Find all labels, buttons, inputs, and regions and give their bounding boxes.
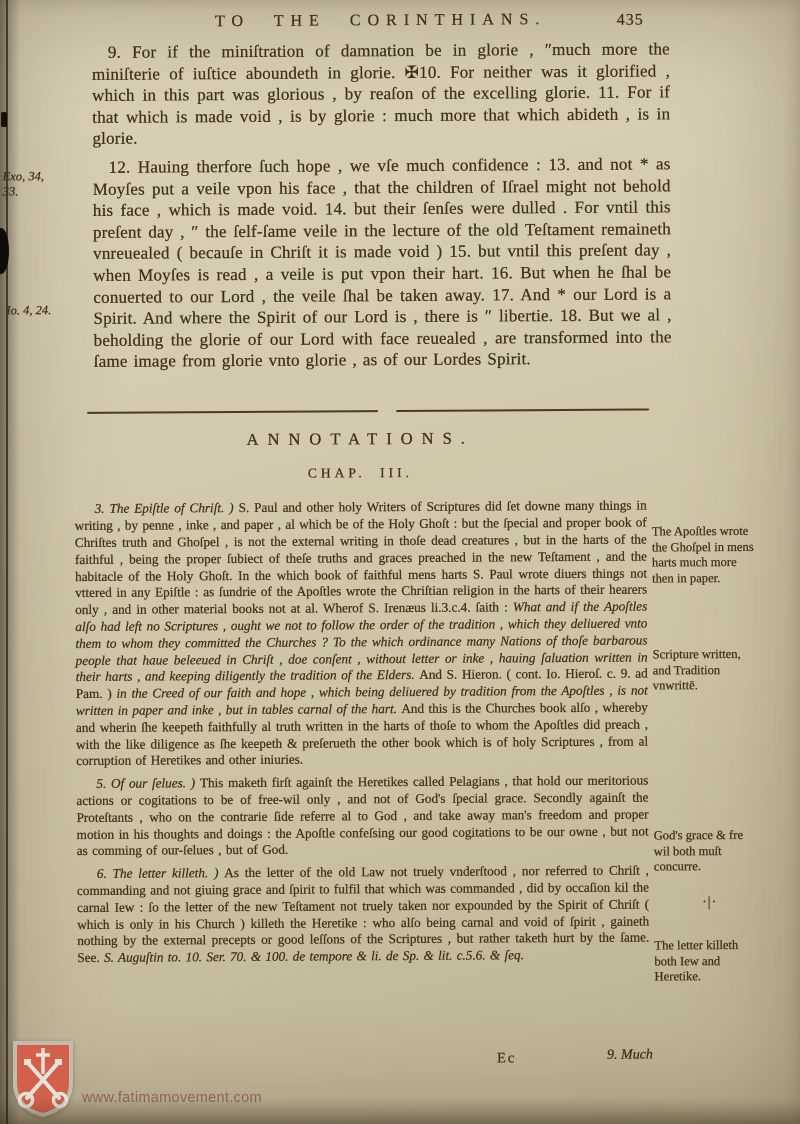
margin-reference-mark: ·|·: [702, 895, 717, 911]
margin-note-grace-freewil: God's grace & fre wil both muſt concurre…: [654, 828, 756, 875]
divider-segment-left: [87, 410, 378, 414]
verse-paragraph-9-11: 9. For if the miniſtration of damnation …: [92, 38, 671, 149]
catchword: 9. Much: [607, 1047, 653, 1063]
section-divider-rule: [87, 408, 649, 414]
page-content: TO THE CORINTHIANS. 435 9. For if the mi…: [0, 0, 800, 1124]
chapter-heading: CHAP. III.: [74, 464, 646, 483]
margin-note-letter-killeth: The letter killeth both Iew and Heretike…: [654, 938, 756, 985]
running-header-title: TO THE CORINTHIANS.: [92, 10, 670, 32]
margin-note-john-ref: Io. 4, 24.: [6, 303, 64, 318]
key-ward-right: [55, 1059, 62, 1065]
annotation-paragraph-verse-6: 6. The letter killeth. ) As the letter o…: [77, 863, 650, 967]
scanned-book-page: TO THE CORINTHIANS. 435 9. For if the mi…: [0, 0, 800, 1124]
annotation-paragraph-verse-3: 3. The Epiſtle of Chriſt. ) S. Paul and …: [75, 498, 649, 770]
scan-bottom-shadow: [0, 1098, 800, 1124]
margin-note-exodus-ref: Exo, 34, 33.: [3, 169, 61, 199]
annotations-body: 3. The Epiſtle of Chriſt. ) S. Paul and …: [75, 498, 650, 967]
page-number: 435: [617, 12, 644, 30]
annotation-paragraph-verse-5: 5. Of our ſelues. ) This maketh firſt ag…: [76, 773, 649, 860]
key-ward-left: [24, 1059, 31, 1065]
quire-signature: Ec: [497, 1050, 516, 1067]
annotations-heading: ANNOTATIONS.: [74, 428, 646, 451]
margin-note-apostles-wrote: The Apoſtles wrote the Ghoſpel in mens h…: [652, 524, 754, 587]
verse-paragraph-12-18: 12. Hauing therfore ſuch hope , we vſe m…: [93, 153, 672, 372]
margin-note-scripture-tradition: Scripture written, and Tradition vnwritt…: [653, 647, 755, 694]
scripture-text-block: 9. For if the miniſtration of damnation …: [92, 38, 672, 372]
divider-segment-right: [396, 408, 649, 412]
